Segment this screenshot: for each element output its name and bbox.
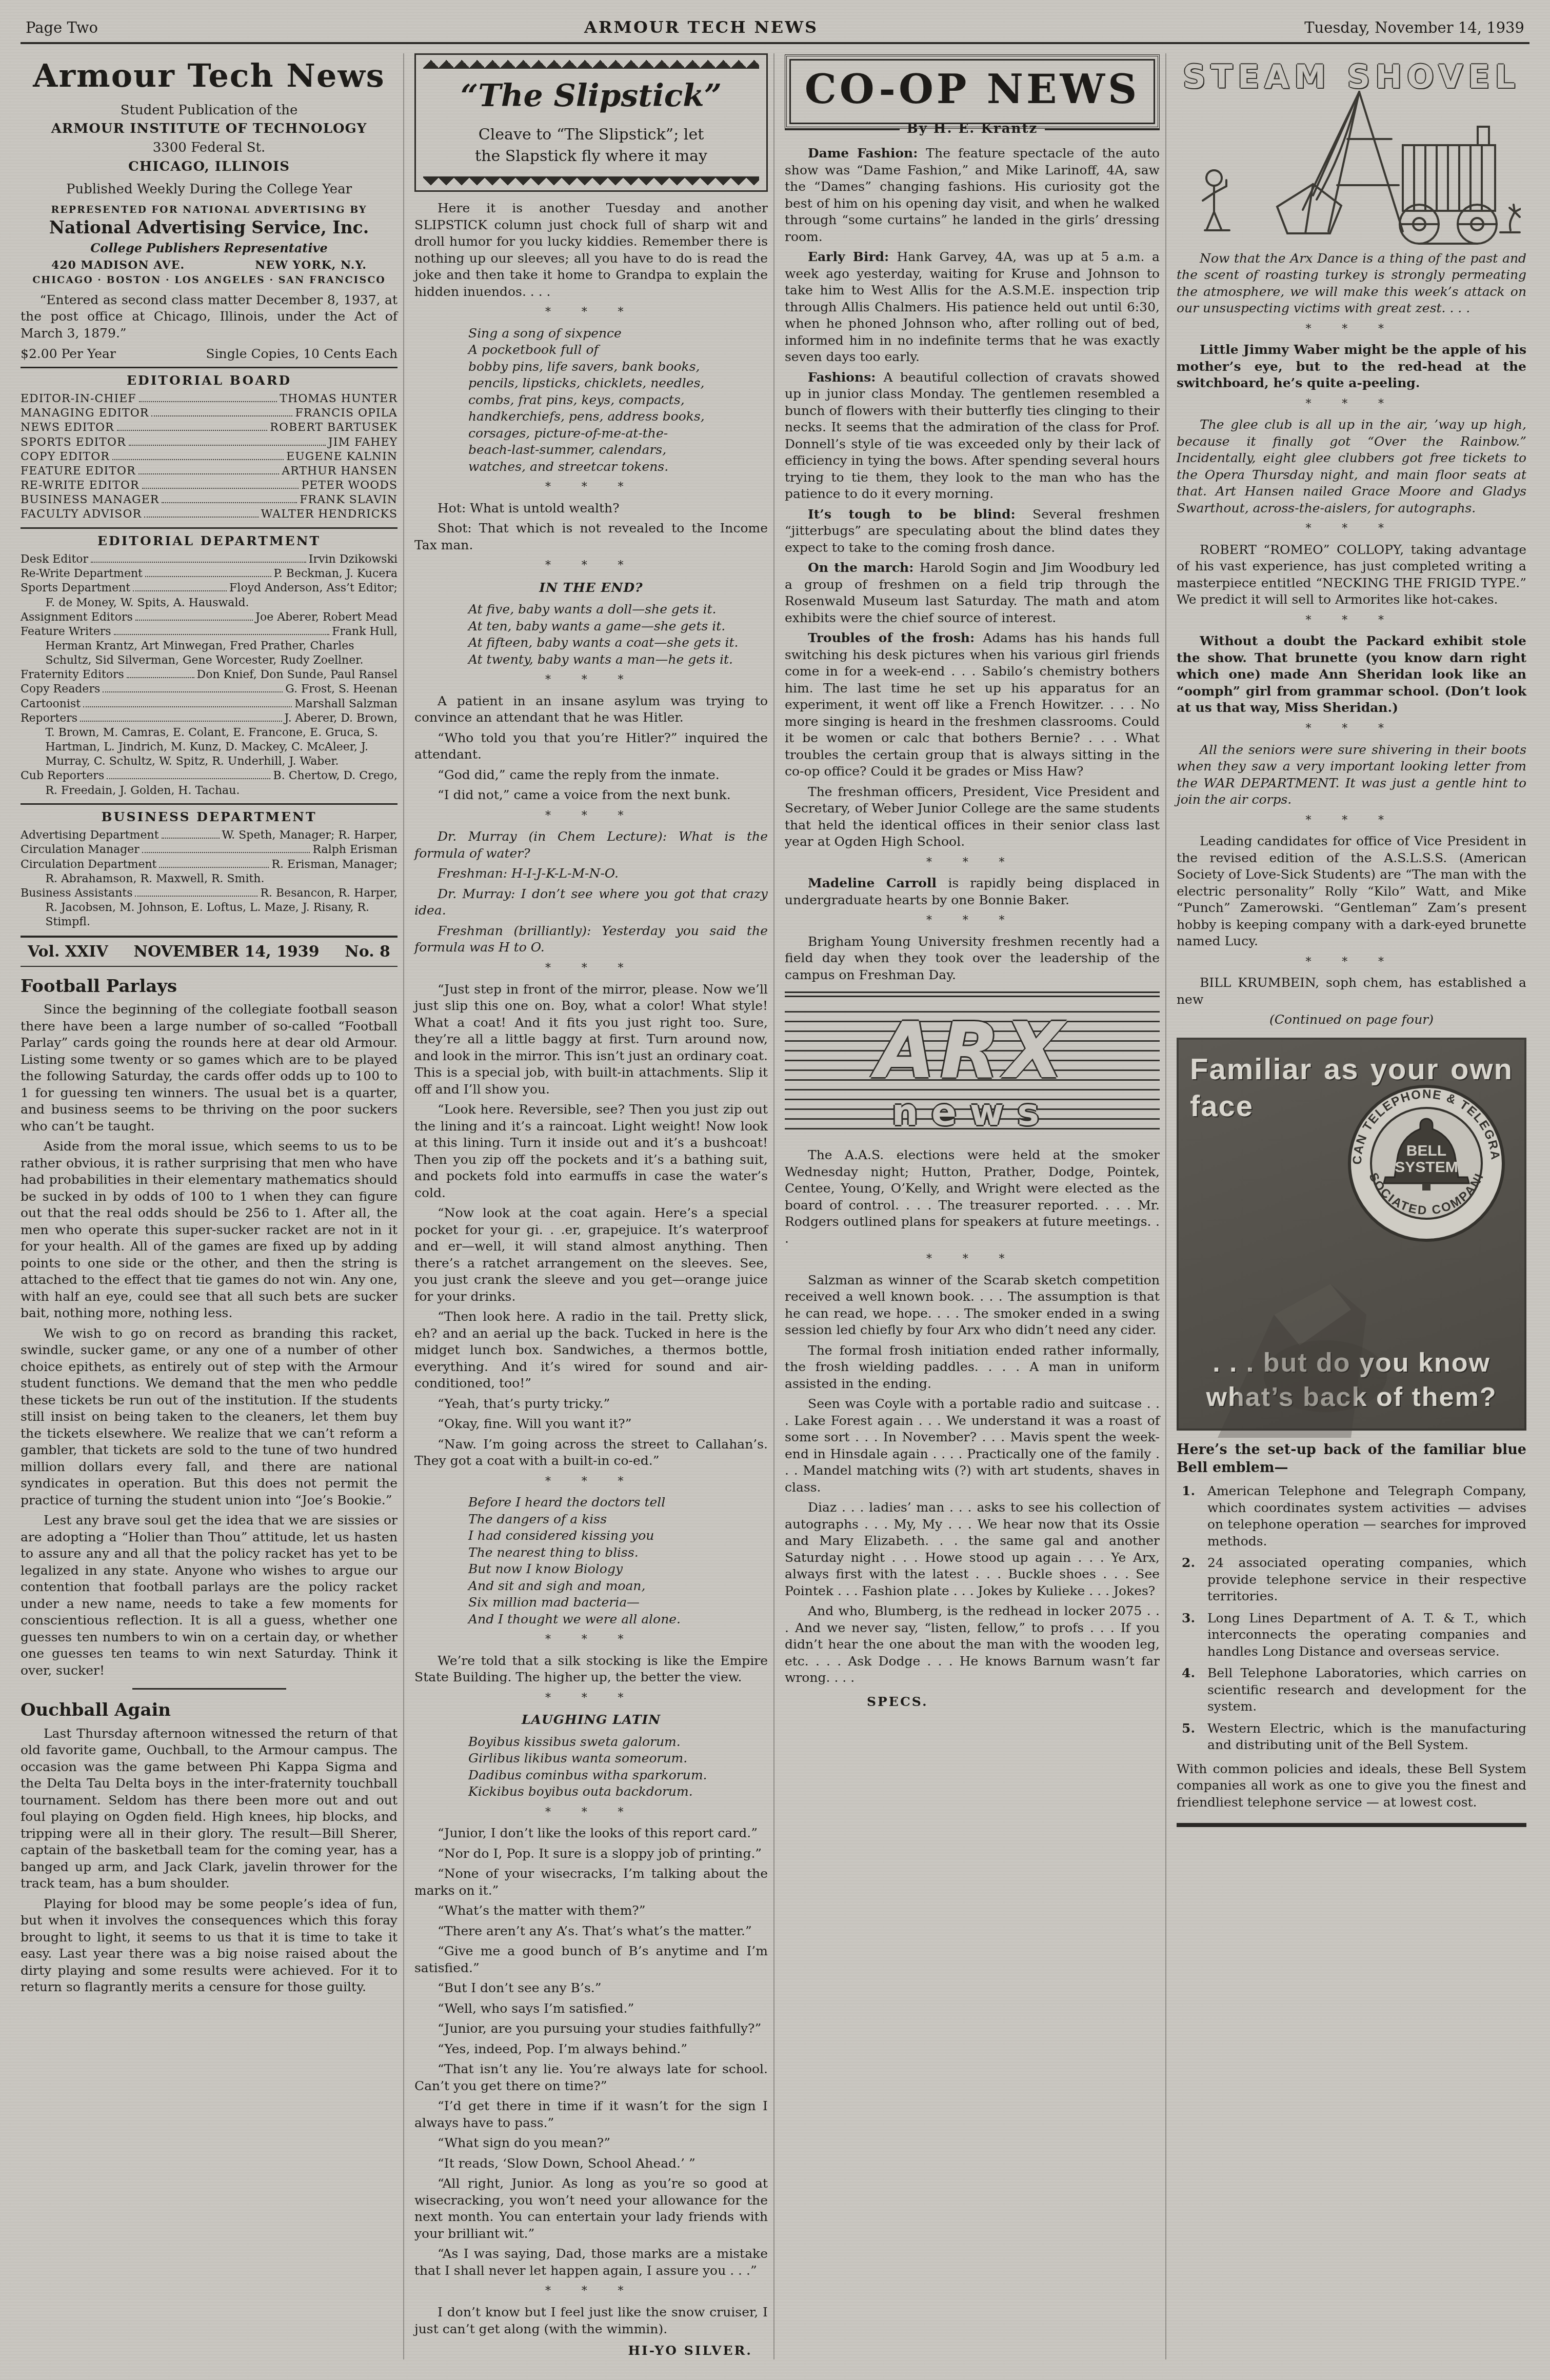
star-separator: * * * — [1177, 814, 1526, 828]
italic-paragraph: Dr. Murray (in Chem Lecture): What is th… — [414, 828, 768, 862]
paragraph: “As I was saying, Dad, those marks are a… — [414, 2246, 768, 2279]
directory-row-continuation: T. Brown, M. Camras, E. Colant, E. Franc… — [21, 726, 398, 769]
dotted-leader — [138, 473, 280, 474]
paragraph: “None of your wisecracks, I’m talking ab… — [414, 1866, 768, 1899]
bell-system-ad: Familiar as your own face AMERICAN TELEP… — [1177, 1038, 1526, 1431]
masthead-line: ARMOUR INSTITUTE OF TECHNOLOGY — [21, 121, 398, 138]
masthead-line: Published Weekly During the College Year — [21, 181, 398, 199]
star-separator: * * * — [414, 1691, 768, 1706]
numbered-point: 24 associated operating companies, which… — [1177, 1555, 1526, 1605]
sub-heading: IN THE END? — [414, 580, 768, 597]
paragraph: ROBERT “ROMEO” COLLOPY, taking advantage… — [1177, 542, 1526, 608]
coop-news-byline-row: By H. E. Krantz — [785, 121, 1160, 138]
slipstick-header-box: “The Slipstick” Cleave to “The Slipstick… — [414, 53, 768, 192]
italic-paragraph: Freshman: H-I-J-K-L-M-N-O. — [414, 865, 768, 882]
paragraph: Madeline Carroll is rapidly being displa… — [785, 875, 1160, 908]
directory-row: Fraternity EditorsDon Knief, Don Sunde, … — [21, 668, 398, 682]
paragraph: Hot: What is untold wealth? — [414, 500, 768, 517]
dotted-leader — [83, 706, 292, 707]
paragraph: “God did,” came the reply from the inmat… — [414, 767, 768, 784]
rule — [21, 367, 398, 368]
dotted-leader — [91, 562, 306, 563]
verse: At five, baby wants a doll—she gets it. … — [468, 601, 768, 668]
bold-lead-in: Dame Fashion: — [808, 146, 926, 161]
paragraph: Lest any brave soul get the idea that we… — [21, 1512, 398, 1679]
dotted-leader — [162, 502, 297, 503]
paragraph: “Give me a good bunch of B’s anytime and… — [414, 1943, 768, 1976]
header-rule — [21, 42, 1529, 44]
italic-paragraph: Freshman (brilliantly): Yesterday you sa… — [414, 923, 768, 956]
paragraph: “Junior, are you pursuing your studies f… — [414, 2020, 768, 2037]
triangle-border-icon — [423, 176, 759, 185]
sub-heading: LAUGHING LATIN — [414, 1712, 768, 1729]
star-separator: * * * — [1177, 722, 1526, 737]
arx-logo-sub: news — [789, 1094, 1156, 1131]
paragraph: It’s tough to be blind: Several freshmen… — [785, 506, 1160, 557]
bold-lead-in: It’s tough to be blind: — [808, 507, 1032, 522]
columns: Armour Tech News Student Publication of … — [21, 53, 1529, 2359]
dotted-leader — [80, 721, 282, 722]
directory-row: Circulation ManagerRalph Erisman — [21, 843, 398, 857]
directory-row: SPORTS EDITORJIM FAHEY — [21, 435, 398, 450]
paragraph: “All right, Junior. As long as you’re so… — [414, 2175, 768, 2242]
dotted-leader — [135, 896, 257, 897]
volume-bar: Vol. XXIV NOVEMBER 14, 1939 No. 8 — [21, 936, 398, 967]
continued-note: (Continued on page four) — [1177, 1012, 1526, 1028]
editorial-department-heading: EDITORIAL DEPARTMENT — [21, 533, 398, 550]
volume-date: NOVEMBER 14, 1939 — [133, 942, 319, 962]
paragraph: Here it is another Tuesday and another S… — [414, 200, 768, 300]
paragraph: “What’s the matter with them?” — [414, 1902, 768, 1919]
newspaper-page: Page Two ARMOUR TECH NEWS Tuesday, Novem… — [0, 0, 1550, 2380]
dotted-leader — [112, 459, 284, 460]
paragraph: A patient in an insane asylum was trying… — [414, 693, 768, 726]
dotted-leader — [151, 415, 292, 417]
directory-row-continuation: R. Freedain, J. Golden, H. Tachau. — [21, 784, 398, 798]
star-separator: * * * — [1177, 522, 1526, 537]
paragraph: “Yes, indeed, Pop. I’m always behind.” — [414, 2041, 768, 2058]
masthead-rep-cities: CHICAGO · BOSTON · LOS ANGELES · SAN FRA… — [21, 274, 398, 287]
star-separator: * * * — [414, 1806, 768, 1820]
dotted-leader — [129, 445, 326, 446]
paper-name: ARMOUR TECH NEWS — [584, 17, 818, 37]
star-separator: * * * — [414, 480, 768, 495]
numbered-point: Western Electric, which is the manufactu… — [1177, 1720, 1526, 1754]
masthead-rep-small: REPRESENTED FOR NATIONAL ADVERTISING BY — [21, 204, 398, 216]
bold-lead-in: Troubles of the frosh: — [808, 630, 983, 645]
star-separator: * * * — [414, 961, 768, 976]
bold-lead-in: Fashions: — [808, 370, 883, 385]
sign-off: SPECS. — [867, 1694, 1160, 1711]
paragraph: I don’t know but I feel just like the sn… — [414, 2304, 768, 2337]
italic-paragraph: All the seniors were sure shivering in t… — [1177, 742, 1526, 808]
directory-row: BUSINESS MANAGERFRANK SLAVIN — [21, 493, 398, 507]
dotted-leader — [142, 852, 310, 853]
star-separator: * * * — [414, 559, 768, 573]
masthead-line: 3300 Federal St. — [21, 140, 398, 157]
steam-shovel-title: STEAM SHOVEL — [1177, 56, 1526, 98]
directory-row: Circulation DepartmentR. Erisman, Manage… — [21, 858, 398, 872]
dotted-leader — [114, 634, 330, 635]
masthead-rep-address: 420 MADISON AVE. NEW YORK, N.Y. — [21, 258, 398, 273]
directory-row: NEWS EDITORROBERT BARTUSEK — [21, 421, 398, 435]
editorial-football-parlays: Football Parlays Since the beginning of … — [21, 975, 398, 1679]
paragraph: We’re told that a silk stocking is like … — [414, 1653, 768, 1686]
rule — [21, 527, 398, 529]
directory-row-continuation: R. Abrahamson, R. Maxwell, R. Smith. — [21, 872, 398, 886]
star-separator: * * * — [785, 856, 1160, 870]
paragraph: “Well, who says I’m satisfied.” — [414, 2000, 768, 2017]
bold-paragraph: Little Jimmy Waber might be the apple of… — [1177, 342, 1526, 392]
star-separator: * * * — [1177, 322, 1526, 337]
directory-row: CartoonistMarshall Salzman — [21, 697, 398, 711]
column-steamshovel-ad: STEAM SHOVEL — [1165, 53, 1526, 2359]
verse: Before I heard the doctors tell The dang… — [468, 1494, 768, 1628]
masthead-rep-sub: College Publishers Representative — [21, 240, 398, 256]
dotted-leader — [103, 691, 283, 692]
volume-number: Vol. XXIV — [28, 942, 108, 962]
directory-row: Sports DepartmentFloyd Anderson, Ass’t E… — [21, 581, 398, 596]
masthead-title: Armour Tech News — [21, 55, 398, 97]
paragraph: Brigham Young University freshmen recent… — [785, 934, 1160, 984]
dotted-leader — [133, 590, 227, 591]
paragraph: Fashions: A beautiful collection of crav… — [785, 369, 1160, 503]
paragraph: Salzman as winner of the Scarab sketch c… — [785, 1272, 1160, 1339]
ad-copy-intro: Here’s the set-up back of the familiar b… — [1177, 1441, 1526, 1477]
slipstick-body: Here it is another Tuesday and another S… — [414, 200, 768, 2359]
rep-address-right: NEW YORK, N.Y. — [255, 258, 367, 273]
paragraph: “That isn’t any lie. You’re always late … — [414, 2061, 768, 2094]
slipstick-motto-line: Cleave to “The Slipstick”; let — [423, 124, 759, 146]
paragraph: “But I don’t see any B’s.” — [414, 1980, 768, 1997]
paragraph: “Nor do I, Pop. It sure is a sloppy job … — [414, 1846, 768, 1862]
star-separator: * * * — [414, 1633, 768, 1648]
directory-row: Desk EditorIrvin Dzikowski — [21, 552, 398, 567]
section-divider — [785, 991, 1160, 997]
masthead-rep-name: National Advertising Service, Inc. — [21, 217, 398, 239]
verse: Boyibus kissibus sweta galorum. Girlibus… — [468, 1734, 768, 1800]
price-bar: $2.00 Per Year Single Copies, 10 Cents E… — [21, 346, 398, 363]
star-separator: * * * — [1177, 397, 1526, 412]
column-slipstick: “The Slipstick” Cleave to “The Slipstick… — [403, 53, 768, 2359]
dotted-leader — [145, 576, 271, 577]
entered-notice: “Entered as second class matter December… — [21, 292, 398, 342]
price-single-copy: Single Copies, 10 Cents Each — [206, 346, 398, 363]
directory-row: COPY EDITOREUGENE KALNIN — [21, 450, 398, 464]
star-separator: * * * — [1177, 613, 1526, 628]
paragraph: Dame Fashion: The feature spectacle of t… — [785, 145, 1160, 245]
bold-lead-in: On the march: — [808, 560, 920, 575]
paragraph: We wish to go on record as branding this… — [21, 1325, 398, 1509]
directory-row-continuation: R. Jacobsen, M. Johnson, E. Loftus, L. M… — [21, 901, 398, 929]
dotted-leader — [144, 517, 259, 518]
arx-news-logo: ARX news — [785, 1005, 1160, 1138]
directory-row: MANAGING EDITORFRANCIS OPILA — [21, 406, 398, 421]
directory-row: Cub ReportersB. Chertow, D. Crego, — [21, 769, 398, 783]
star-separator: * * * — [414, 673, 768, 688]
dotted-leader — [117, 430, 268, 431]
paragraph: Last Thursday afternoon witnessed the re… — [21, 1726, 398, 1892]
paragraph: “It reads, ‘Slow Down, School Ahead.’ ” — [414, 2155, 768, 2172]
paragraph: Troubles of the frosh: Adams has his han… — [785, 630, 1160, 780]
star-separator: * * * — [414, 305, 768, 320]
page-header: Page Two ARMOUR TECH NEWS Tuesday, Novem… — [21, 14, 1529, 42]
steam-shovel-body: Now that the Arx Dance is a thing of the… — [1177, 250, 1526, 1028]
directory-row: FEATURE EDITORARTHUR HANSEN — [21, 464, 398, 479]
byline-rule — [785, 128, 900, 130]
coop-news-header-box: CO-OP NEWS — [785, 54, 1160, 129]
paragraph: On the march: Harold Sogin and Jim Woodb… — [785, 560, 1160, 626]
paragraph: Early Bird: Hank Garvey, 4A, was up at 5… — [785, 249, 1160, 366]
directory-row: EDITOR-IN-CHIEFTHOMAS HUNTER — [21, 392, 398, 406]
page-number: Page Two — [26, 19, 98, 36]
bold-lead-in: Early Bird: — [808, 249, 897, 264]
steam-shovel-illustration — [1182, 77, 1521, 247]
bell-clapper — [1422, 1183, 1430, 1191]
paragraph: Seen was Coyle with a portable radio and… — [785, 1396, 1160, 1496]
article-heading: Football Parlays — [21, 975, 398, 998]
paragraph: Leading candidates for office of Vice Pr… — [1177, 833, 1526, 950]
article-divider — [132, 1688, 286, 1690]
paragraph: “There aren’t any A’s. That’s what’s the… — [414, 1923, 768, 1940]
directory-row: Feature WritersFrank Hull, — [21, 625, 398, 639]
slipstick-motto: Cleave to “The Slipstick”; let the Slaps… — [423, 124, 759, 167]
hand-holding-telephone-photo — [1197, 1222, 1413, 1438]
coop-news-byline: By H. E. Krantz — [907, 121, 1038, 138]
paragraph: Aside from the moral issue, which seems … — [21, 1138, 398, 1322]
byline-rule — [1045, 128, 1160, 130]
article-body: Since the beginning of the collegiate fo… — [21, 1001, 398, 1679]
paragraph: “Okay, fine. Will you want it?” — [414, 1416, 768, 1433]
paragraph: And who, Blumberg, is the redhead in loc… — [785, 1603, 1160, 1687]
directory-row: FACULTY ADVISORWALTER HENDRICKS — [21, 507, 398, 522]
paragraph: “I did not,” came a voice from the next … — [414, 787, 768, 804]
numbered-point: Long Lines Department of A. T. & T., whi… — [1177, 1610, 1526, 1660]
directory-row: Re-Write DepartmentP. Beckman, J. Kucera — [21, 567, 398, 581]
editorial-board-heading: EDITORIAL BOARD — [21, 372, 398, 389]
masthead-line: Student Publication of the — [21, 102, 398, 120]
price-per-year: $2.00 Per Year — [21, 346, 116, 363]
paragraph: The freshman officers, President, Vice P… — [785, 784, 1160, 850]
arx-news-body: The A.A.S. elections were held at the sm… — [785, 1147, 1160, 1710]
dotted-leader — [162, 838, 220, 839]
editorial-ouchball-again: Ouchball Again Last Thursday afternoon w… — [21, 1699, 398, 1995]
italic-paragraph: The glee club is all up in the air, ’way… — [1177, 417, 1526, 517]
verse: Sing a song of sixpence A pocketbook ful… — [468, 325, 768, 475]
paragraph: “Look here. Reversible, see? Then you ju… — [414, 1101, 768, 1201]
dotted-leader — [139, 401, 277, 402]
rep-address-left: 420 MADISON AVE. — [51, 258, 185, 273]
business-department-heading: BUSINESS DEPARTMENT — [21, 809, 398, 826]
paragraph: “Then look here. A radio in the tail. Pr… — [414, 1308, 768, 1392]
paragraph: “Just step in front of the mirror, pleas… — [414, 981, 768, 1098]
italic-paragraph: Now that the Arx Dance is a thing of the… — [1177, 250, 1526, 317]
star-separator: * * * — [785, 1252, 1160, 1267]
directory-row-continuation: Herman Krantz, Art Minwegan, Fred Prathe… — [21, 639, 398, 668]
bottom-rule — [1177, 1823, 1526, 1827]
article-body: Last Thursday afternoon witnessed the re… — [21, 1726, 398, 1996]
directory-row: Business AssistantsR. Besancon, R. Harpe… — [21, 886, 398, 901]
paragraph: “Naw. I’m going across the street to Cal… — [414, 1436, 768, 1470]
ad-closing: With common policies and ideals, these B… — [1177, 1761, 1526, 1811]
ad-points-list: American Telephone and Telegraph Company… — [1177, 1483, 1526, 1754]
column-coop-arx: CO-OP NEWS By H. E. Krantz Dame Fashion:… — [773, 53, 1160, 2359]
directory-row: RE-WRITE EDITORPETER WOODS — [21, 479, 398, 493]
business-department-list: Advertising DepartmentW. Speth, Manager;… — [21, 828, 398, 929]
editorial-board-list: EDITOR-IN-CHIEFTHOMAS HUNTERMANAGING EDI… — [21, 392, 398, 522]
sign-off: HI-YO SILVER. — [414, 2343, 752, 2359]
paragraph: Since the beginning of the collegiate fo… — [21, 1001, 398, 1135]
star-separator: * * * — [1177, 955, 1526, 970]
italic-paragraph: Dr. Murray: I don’t see where you got th… — [414, 886, 768, 919]
coop-news-title: CO-OP NEWS — [792, 64, 1152, 115]
paragraph: “Who told you that you’re Hitler?” inqui… — [414, 730, 768, 763]
paragraph: “Junior, I don’t like the looks of this … — [414, 1825, 768, 1842]
arx-logo-main: ARX — [789, 1013, 1156, 1089]
paragraph: Diaz . . . ladies’ man . . . asks to see… — [785, 1499, 1160, 1599]
masthead-line: CHICAGO, ILLINOIS — [21, 158, 398, 176]
numbered-point: Bell Telephone Laboratories, which carri… — [1177, 1665, 1526, 1715]
masthead: Armour Tech News Student Publication of … — [21, 55, 398, 287]
paragraph: “Yeah, that’s purty tricky.” — [414, 1396, 768, 1413]
directory-row: ReportersJ. Aberer, D. Brown, — [21, 711, 398, 726]
editorial-department-list: Desk EditorIrvin DzikowskiRe-Write Depar… — [21, 552, 398, 798]
star-separator: * * * — [414, 2284, 768, 2299]
article-heading: Ouchball Again — [21, 1699, 398, 1721]
seal-center-text-2: SYSTEM — [1395, 1159, 1458, 1176]
bold-paragraph: Without a doubt the Packard exhibit stol… — [1177, 633, 1526, 717]
directory-row: Advertising DepartmentW. Speth, Manager;… — [21, 828, 398, 843]
bold-lead-in: Madeline Carroll — [808, 876, 948, 890]
issue-date: Tuesday, November 14, 1939 — [1304, 19, 1524, 36]
star-separator: * * * — [414, 1475, 768, 1490]
directory-row: Copy ReadersG. Frost, S. Heenan — [21, 682, 398, 697]
paragraph: The formal frosh initiation ended rather… — [785, 1342, 1160, 1393]
paragraph: The A.A.S. elections were held at the sm… — [785, 1147, 1160, 1247]
rule — [21, 803, 398, 805]
paragraph: Playing for blood may be some people’s i… — [21, 1896, 398, 1996]
paragraph: “I’d get there in time if it wasn’t for … — [414, 2098, 768, 2131]
paragraph: “What sign do you mean?” — [414, 2135, 768, 2152]
star-separator: * * * — [414, 809, 768, 824]
triangle-border-icon — [423, 60, 759, 69]
directory-row-continuation: F. de Money, W. Spits, A. Hauswald. — [21, 596, 398, 610]
slipstick-motto-line: the Slapstick fly where it may — [423, 146, 759, 167]
column-masthead-editorials: Armour Tech News Student Publication of … — [21, 53, 398, 2359]
directory-row: Assignment EditorsJoe Aberer, Robert Mea… — [21, 610, 398, 625]
slipstick-title: “The Slipstick” — [423, 76, 759, 116]
dotted-leader — [107, 778, 270, 779]
dotted-leader — [127, 677, 194, 678]
dotted-leader — [142, 488, 299, 489]
coop-news-body: Dame Fashion: The feature spectacle of t… — [785, 145, 1160, 983]
star-separator: * * * — [785, 914, 1160, 928]
dotted-leader — [159, 867, 269, 868]
dotted-leader — [135, 620, 253, 621]
issue-number: No. 8 — [345, 942, 390, 962]
numbered-point: American Telephone and Telegraph Company… — [1177, 1483, 1526, 1550]
paragraph: “Now look at the coat again. Here’s a sp… — [414, 1205, 768, 1305]
paragraph: Shot: That which is not revealed to the … — [414, 520, 768, 553]
seal-center-text-1: BELL — [1406, 1142, 1446, 1159]
paragraph: BILL KRUMBEIN, soph chem, has establishe… — [1177, 975, 1526, 1008]
